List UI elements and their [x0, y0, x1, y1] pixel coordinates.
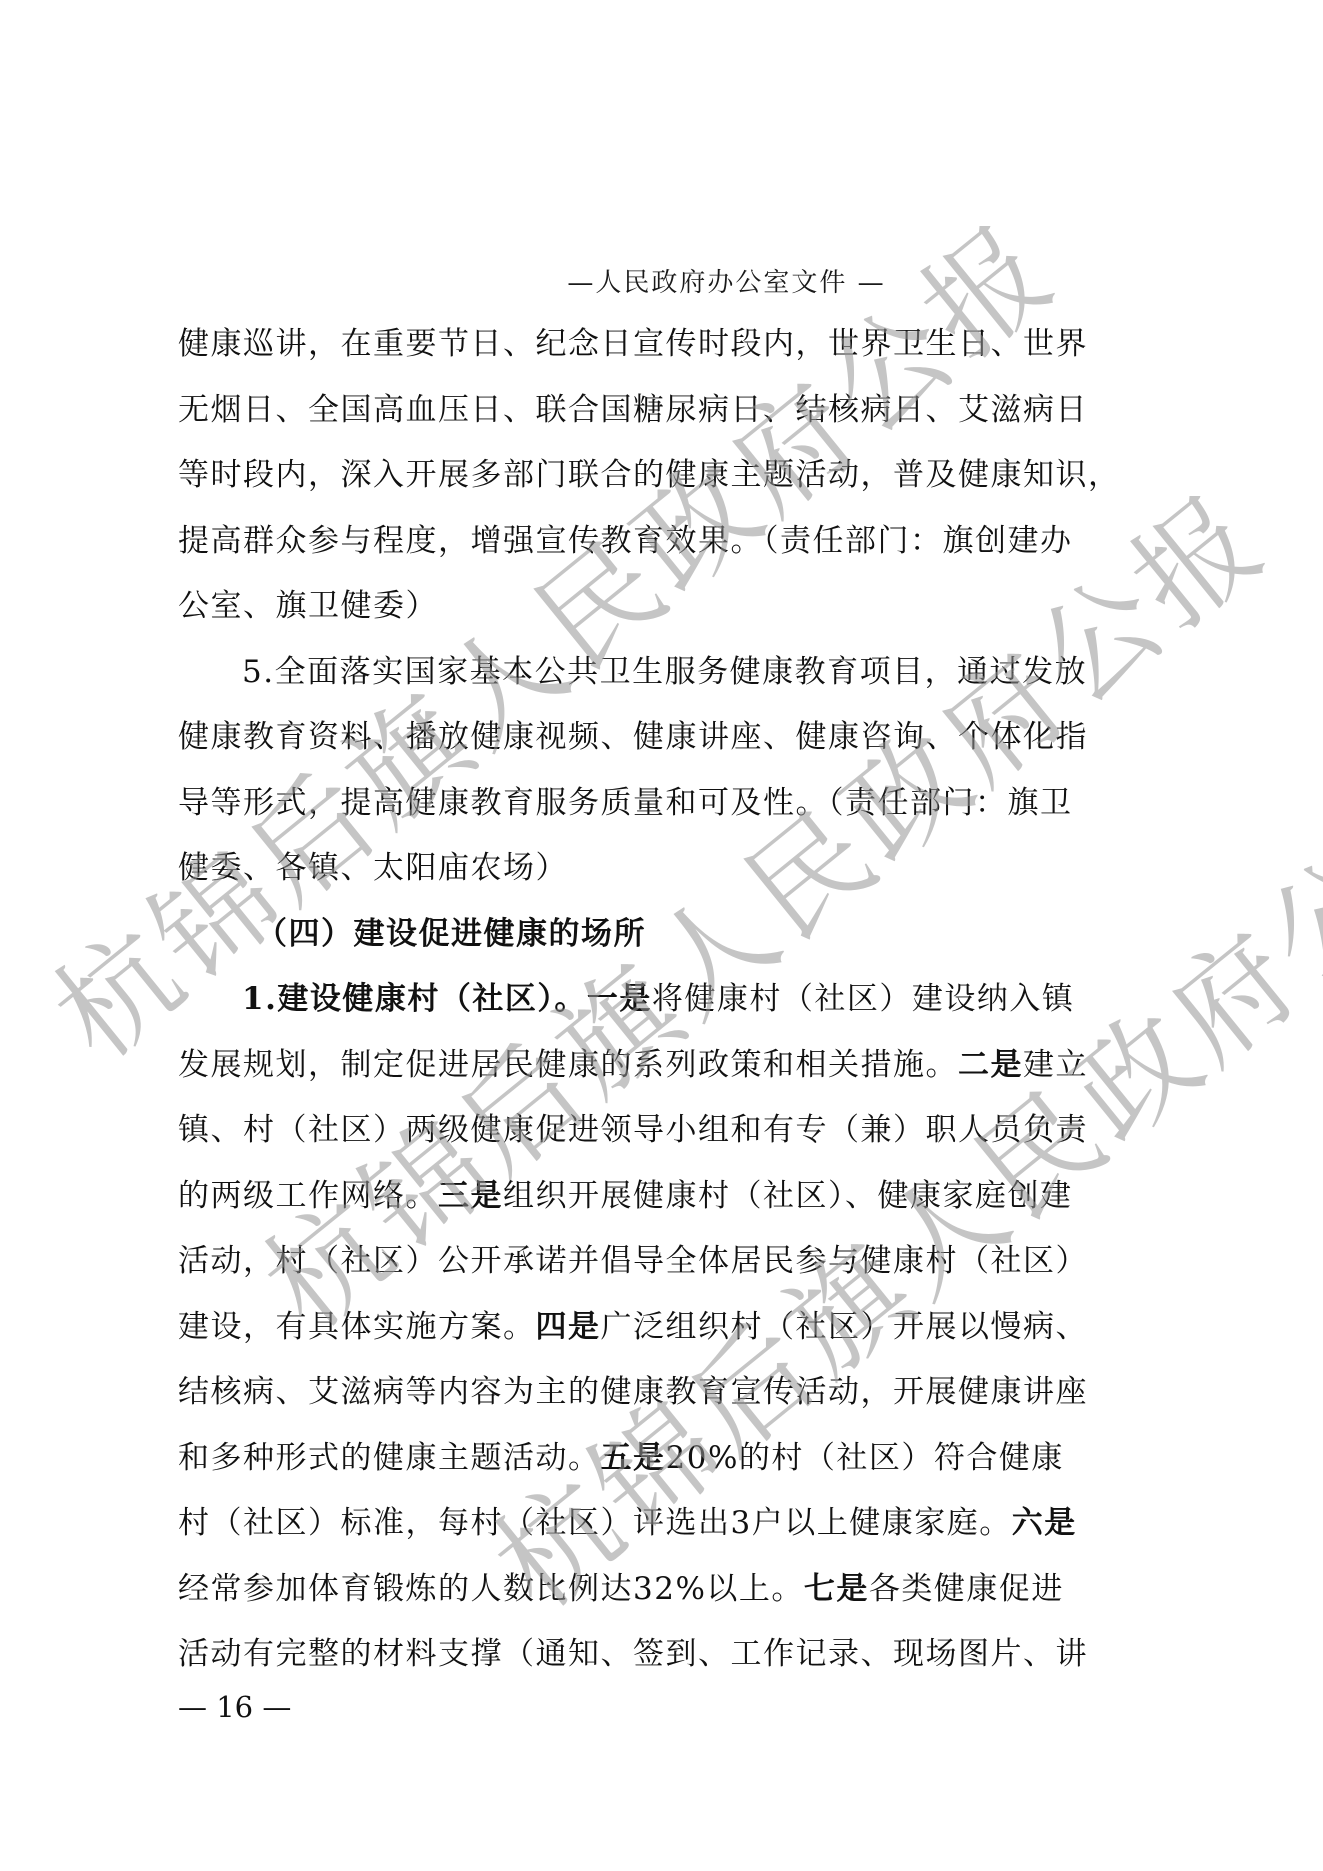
bold-text: 四是: [536, 1309, 601, 1345]
bold-text: 五是: [601, 1440, 666, 1476]
text-run: 镇、村（社区）两级健康促进领导小组和有专（兼）职人员负责: [178, 1112, 1088, 1148]
paragraph-line: 导等形式，提高健康教育服务质量和可及性。（责任部门：旗卫: [178, 771, 1160, 837]
text-run: 建设，有具体实施方案。: [178, 1309, 536, 1345]
text-run: 经常参加体育锻炼的人数比例达32%以上。: [178, 1571, 804, 1607]
text-run: 组织开展健康村（社区）、健康家庭创建: [503, 1178, 1073, 1214]
text-run: 将健康村（社区）建设纳入镇: [652, 981, 1075, 1017]
text-run: 无烟日、全国高血压日、联合国糖尿病日、结核病日、艾滋病日: [178, 392, 1088, 428]
text-run: 等时段内，深入开展多部门联合的健康主题活动，普及健康知识，: [178, 457, 1121, 493]
text-run: 发展规划，制定促进居民健康的系列政策和相关措施。: [178, 1047, 958, 1083]
text-run: 5.全面落实国家基本公共卫生服务健康教育项目，通过发放: [242, 654, 1087, 690]
paragraph-line: 公室、旗卫健委）: [178, 574, 1160, 640]
bold-text: 七是: [804, 1571, 869, 1607]
paragraph-line: 结核病、艾滋病等内容为主的健康教育宣传活动，开展健康讲座: [178, 1360, 1160, 1426]
paragraph-line: 健康巡讲，在重要节日、纪念日宣传时段内，世界卫生日、世界: [178, 312, 1160, 378]
paragraph-line: 活动，村（社区）公开承诺并倡导全体居民参与健康村（社区）: [178, 1229, 1160, 1295]
page-number: — 16 —: [178, 1690, 291, 1724]
text-run: 村（社区）标准，每村（社区）评选出3户以上健康家庭。: [178, 1505, 1012, 1541]
text-run: 健康巡讲，在重要节日、纪念日宣传时段内，世界卫生日、世界: [178, 326, 1088, 362]
text-run: 建立: [1023, 1047, 1088, 1083]
paragraph-line: 等时段内，深入开展多部门联合的健康主题活动，普及健康知识，: [178, 443, 1160, 509]
text-run: 导等形式，提高健康教育服务质量和可及性。（责任部门：旗卫: [178, 785, 1073, 821]
text-run: 广泛组织村（社区）开展以慢病、: [601, 1309, 1089, 1345]
paragraph-line: 活动有完整的材料支撑（通知、签到、工作记录、现场图片、讲: [178, 1622, 1160, 1688]
paragraph-line: 经常参加体育锻炼的人数比例达32%以上。七是各类健康促进: [178, 1557, 1160, 1623]
text-run: 活动，村（社区）公开承诺并倡导全体居民参与健康村（社区）: [178, 1243, 1088, 1279]
bold-text: （四）建设促进健康的场所: [256, 916, 646, 952]
paragraph-line: 镇、村（社区）两级健康促进领导小组和有专（兼）职人员负责: [178, 1098, 1160, 1164]
text-run: 20%的村（社区）符合健康: [666, 1440, 1064, 1476]
paragraph-line: 村（社区）标准，每村（社区）评选出3户以上健康家庭。六是: [178, 1491, 1160, 1557]
text-run: 的两级工作网络。: [178, 1178, 438, 1214]
paragraph-line: 1.建设健康村（社区）。一是将健康村（社区）建设纳入镇: [178, 967, 1160, 1033]
document-page: —人民政府办公室文件 — 健康巡讲，在重要节日、纪念日宣传时段内，世界卫生日、世…: [0, 0, 1323, 1871]
paragraph-line: 的两级工作网络。三是组织开展健康村（社区）、健康家庭创建: [178, 1164, 1160, 1230]
paragraph-line: 健康教育资料、播放健康视频、健康讲座、健康咨询、个体化指: [178, 705, 1160, 771]
bold-text: 一是: [587, 981, 652, 1017]
paragraph-line: 和多种形式的健康主题活动。五是20%的村（社区）符合健康: [178, 1426, 1160, 1492]
bold-text: 1.建设健康村（社区）。: [242, 981, 587, 1017]
paragraph-line: 无烟日、全国高血压日、联合国糖尿病日、结核病日、艾滋病日: [178, 378, 1160, 444]
section-heading: （四）建设促进健康的场所: [178, 902, 1160, 968]
text-run: 提高群众参与程度，增强宣传教育效果。（责任部门：旗创建办: [178, 523, 1073, 559]
paragraph-line: 5.全面落实国家基本公共卫生服务健康教育项目，通过发放: [178, 640, 1160, 706]
text-run: 健康教育资料、播放健康视频、健康讲座、健康咨询、个体化指: [178, 719, 1088, 755]
text-run: 公室、旗卫健委）: [178, 588, 438, 624]
bold-text: 三是: [438, 1178, 503, 1214]
text-run: 健委、各镇、太阳庙农场）: [178, 850, 568, 886]
bold-text: 六是: [1012, 1505, 1077, 1541]
text-run: 活动有完整的材料支撑（通知、签到、工作记录、现场图片、讲: [178, 1636, 1088, 1672]
paragraph-line: 建设，有具体实施方案。四是广泛组织村（社区）开展以慢病、: [178, 1295, 1160, 1361]
paragraph-line: 提高群众参与程度，增强宣传教育效果。（责任部门：旗创建办: [178, 509, 1160, 575]
text-run: 和多种形式的健康主题活动。: [178, 1440, 601, 1476]
bold-text: 二是: [958, 1047, 1023, 1083]
paragraph-line: 发展规划，制定促进居民健康的系列政策和相关措施。二是建立: [178, 1033, 1160, 1099]
paragraph-line: 健委、各镇、太阳庙农场）: [178, 836, 1160, 902]
text-run: 结核病、艾滋病等内容为主的健康教育宣传活动，开展健康讲座: [178, 1374, 1088, 1410]
running-header: —人民政府办公室文件 —: [0, 262, 1323, 299]
body-text: 健康巡讲，在重要节日、纪念日宣传时段内，世界卫生日、世界无烟日、全国高血压日、联…: [178, 312, 1160, 1688]
text-run: 各类健康促进: [869, 1571, 1064, 1607]
